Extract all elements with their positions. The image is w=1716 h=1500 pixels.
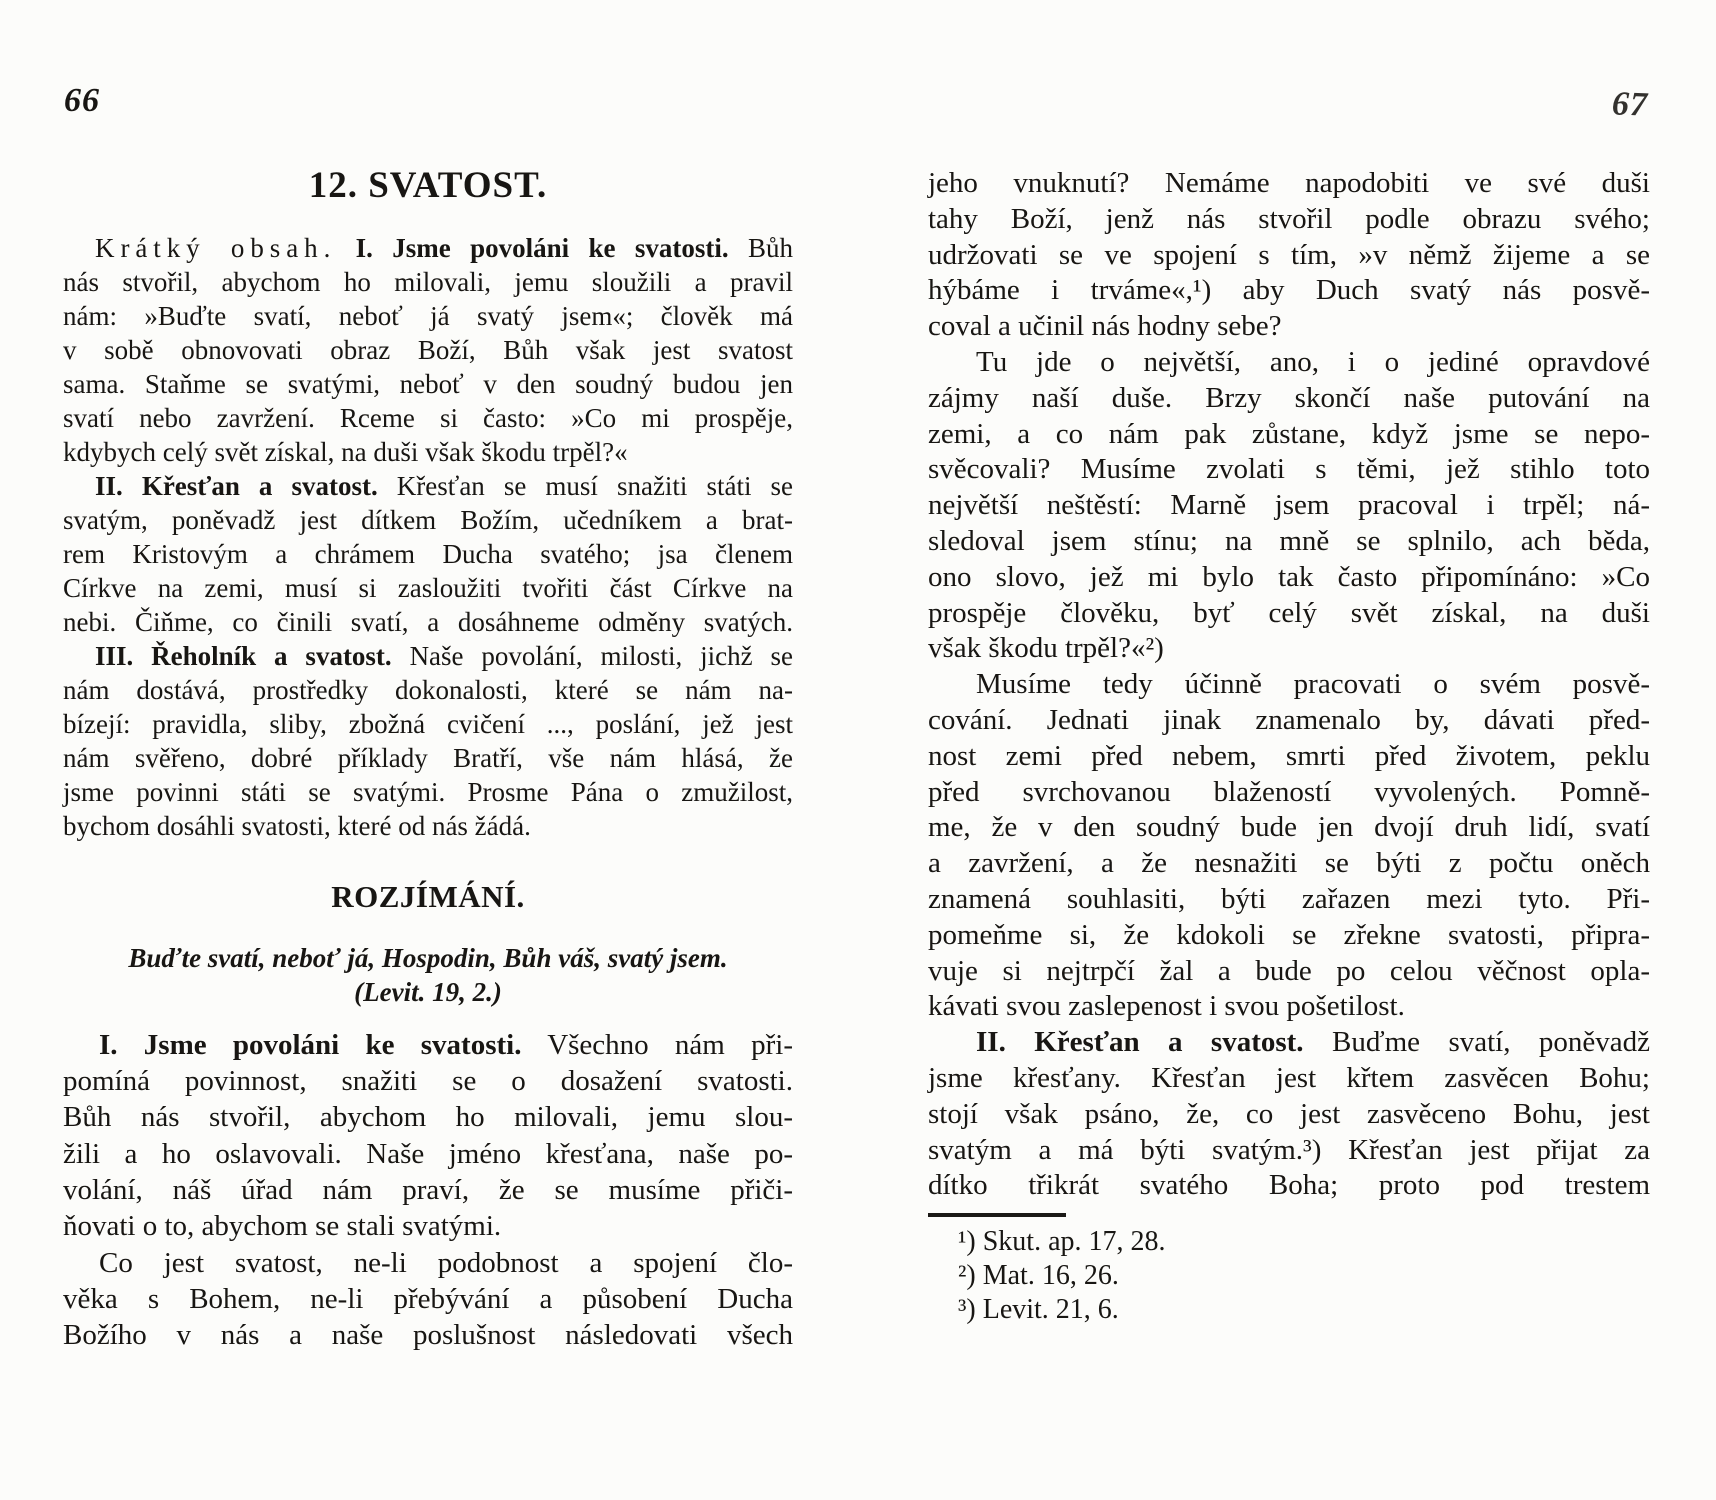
page-left: 12. SVATOST. Krátký obsah. I. Jsme povol…	[63, 80, 793, 1353]
text-line: rem Kristovým a chrámem Ducha svatého; j…	[63, 537, 793, 571]
text-line: stojí však psáno, že, co jest zasvěceno …	[928, 1097, 1650, 1133]
text-line: ňovati o to, abychom se stali svatými.	[63, 1208, 793, 1244]
text-line: největší neštěstí: Marně jsem pracoval i…	[928, 488, 1650, 524]
body-section: jeho vnuknutí? Nemáme napodobiti ve své …	[928, 166, 1650, 1204]
text-line: dítko třikrát svatého Boha; proto pod tr…	[928, 1168, 1650, 1204]
text-line: vuje si nejtrpčí žal a bude po celou věč…	[928, 954, 1650, 990]
summary-section: Krátký obsah. I. Jsme povoláni ke svatos…	[63, 231, 793, 843]
chapter-title: 12. SVATOST.	[63, 164, 793, 207]
summary-lead-bold: III. Řeholník a svatost.	[95, 641, 392, 671]
meditation-paragraph-2: Co jest svatost, ne-li podobnost a spoje…	[63, 1245, 793, 1354]
text-line: v sobě obnovovati obraz Boží, Bůh však j…	[63, 333, 793, 367]
text-line: kdybych celý svět získal, na duši však š…	[63, 435, 793, 469]
text-line: sledoval jsem stínu; na mně se splnilo, …	[928, 524, 1650, 560]
text-line: svěcovali? Musíme zvolati s těmi, jež st…	[928, 452, 1650, 488]
text-line: sama. Staňme se svatými, neboť v den sou…	[63, 367, 793, 401]
summary-lead-bold: I. Jsme povoláni ke svatosti.	[356, 233, 729, 263]
text-line: jsme křesťany. Křesťan jest křtem zasvěc…	[928, 1061, 1650, 1097]
text-fragment: Bůh	[748, 233, 793, 263]
text-line: znamená souhlasiti, býti zařazen mezi ty…	[928, 882, 1650, 918]
text-line: nás stvořil, abychom ho milovali, jemu s…	[63, 265, 793, 299]
meditation-section: I. Jsme povoláni ke svatosti. Všechno ná…	[63, 1027, 793, 1354]
text-fragment: Křesťan se musí snažiti státi se	[397, 471, 793, 501]
summary-label: Krátký obsah.	[95, 233, 336, 263]
footnotes-section: ¹) Skut. ap. 17, 28. ²) Mat. 16, 26. ³) …	[928, 1225, 1650, 1327]
text-line: cování. Jednati jinak znamenalo by, dáva…	[928, 703, 1650, 739]
text-line: coval a učinil nás hodny sebe?	[928, 309, 1650, 345]
text-line: Bůh nás stvořil, abychom ho milovali, je…	[63, 1099, 793, 1135]
text-line: svatým, poněvadž jest dítkem Božím, učed…	[63, 503, 793, 537]
text-line: nám dostává, prostředky dokonalosti, kte…	[63, 673, 793, 707]
text-line: však škodu trpěl?«²)	[928, 631, 1650, 667]
text-line: zájmy naší duše. Brzy skončí naše putová…	[928, 381, 1650, 417]
text-line: bízejí: pravidla, sliby, zbožná cvičení …	[63, 707, 793, 741]
footnote-item: ²) Mat. 16, 26.	[928, 1259, 1650, 1293]
epigraph-reference: (Levit. 19, 2.)	[63, 975, 793, 1009]
footnote-item: ³) Levit. 21, 6.	[928, 1293, 1650, 1327]
text-fragment: Buďme svatí, poněvadž	[1332, 1026, 1650, 1058]
text-line: Božího v nás a naše poslušnost následova…	[63, 1317, 793, 1353]
page-right: jeho vnuknutí? Nemáme napodobiti ve své …	[928, 80, 1650, 1327]
summary-paragraph-2: II. Křesťan a svatost. Křesťan se musí s…	[63, 469, 793, 639]
epigraph: Buďte svatí, neboť já, Hospodin, Bůh váš…	[63, 941, 793, 1009]
text-line: pomíná povinnost, snažiti se o dosažení …	[63, 1063, 793, 1099]
text-line: hýbáme i trváme«,¹) aby Duch svatý nás p…	[928, 273, 1650, 309]
meditation-paragraph-1: I. Jsme povoláni ke svatosti. Všechno ná…	[63, 1027, 793, 1245]
summary-lead-bold: II. Křesťan a svatost.	[95, 471, 378, 501]
text-line: II. Křesťan a svatost. Křesťan se musí s…	[63, 469, 793, 503]
footnote-item: ¹) Skut. ap. 17, 28.	[928, 1225, 1650, 1259]
text-line: svatí nebo zavržení. Rceme si často: »Co…	[63, 401, 793, 435]
text-line: me, že v den soudný bude jen dvojí druh …	[928, 810, 1650, 846]
text-line: pomeňme si, že kdokoli se zřekne svatost…	[928, 918, 1650, 954]
text-line: volání, náš úřad nám praví, že se musíme…	[63, 1172, 793, 1208]
text-line: ono slovo, jež mi bylo tak často připomí…	[928, 560, 1650, 596]
text-line: jsme povinni státi se svatými. Prosme Pá…	[63, 775, 793, 809]
footnote-divider	[928, 1213, 1066, 1217]
summary-paragraph-1: Krátký obsah. I. Jsme povoláni ke svatos…	[63, 231, 793, 469]
meditation-heading: ROZJÍMÁNÍ.	[63, 879, 793, 915]
summary-paragraph-3: III. Řeholník a svatost. Naše povolání, …	[63, 639, 793, 843]
text-line: před svrchovanou blažeností vyvolených. …	[928, 775, 1650, 811]
text-line: jeho vnuknutí? Nemáme napodobiti ve své …	[928, 166, 1650, 202]
text-line: Tu jde o největší, ano, i o jediné oprav…	[928, 345, 1650, 381]
text-line: II. Křesťan a svatost. Buďme svatí, poně…	[928, 1025, 1650, 1061]
text-line: Musíme tedy účinně pracovati o svém posv…	[928, 667, 1650, 703]
body-paragraph-4: II. Křesťan a svatost. Buďme svatí, poně…	[928, 1025, 1650, 1204]
epigraph-text: Buďte svatí, neboť já, Hospodin, Bůh váš…	[63, 941, 793, 975]
text-line: III. Řeholník a svatost. Naše povolání, …	[63, 639, 793, 673]
text-line: udržovati se ve spojení s tím, »v němž ž…	[928, 238, 1650, 274]
text-line: Co jest svatost, ne-li podobnost a spoje…	[63, 1245, 793, 1281]
body-paragraph-1: jeho vnuknutí? Nemáme napodobiti ve své …	[928, 166, 1650, 345]
body-lead-bold: II. Křesťan a svatost.	[976, 1026, 1304, 1058]
text-line: zemi, a co nám pak zůstane, když jsme se…	[928, 417, 1650, 453]
text-line: nám: »Buďte svatí, neboť já svatý jsem«;…	[63, 299, 793, 333]
text-line: Krátký obsah. I. Jsme povoláni ke svatos…	[63, 231, 793, 265]
text-line: kávati svou zaslepenost i svou pošetilos…	[928, 989, 1650, 1025]
text-fragment: Všechno nám při-	[547, 1029, 793, 1061]
text-line: prospěje člověku, byť celý svět získal, …	[928, 596, 1650, 632]
meditation-lead-bold: I. Jsme povoláni ke svatosti.	[99, 1029, 521, 1061]
text-line: nám svěřeno, dobré příklady Bratří, vše …	[63, 741, 793, 775]
text-line: nebi. Čiňme, co činili svatí, a dosáhnem…	[63, 605, 793, 639]
text-line: bychom dosáhli svatosti, které od nás žá…	[63, 809, 793, 843]
text-line: nost zemi před nebem, smrti před životem…	[928, 739, 1650, 775]
text-line: žili a ho oslavovali. Naše jméno křesťan…	[63, 1136, 793, 1172]
text-line: tahy Boží, jenž nás stvořil podle obrazu…	[928, 202, 1650, 238]
body-paragraph-2: Tu jde o největší, ano, i o jediné oprav…	[928, 345, 1650, 667]
text-fragment: Naše povolání, milosti, jichž se	[410, 641, 793, 671]
text-line: věka s Bohem, ne-li přebývání a působení…	[63, 1281, 793, 1317]
text-line: svatým a má býti svatým.³) Křesťan jest …	[928, 1133, 1650, 1169]
book-spread: 66 67 12. SVATOST. Krátký obsah. I. Jsme…	[0, 0, 1716, 1500]
text-line: a zavržení, a že nesnažiti se býti z poč…	[928, 846, 1650, 882]
body-paragraph-3: Musíme tedy účinně pracovati o svém posv…	[928, 667, 1650, 1025]
text-line: I. Jsme povoláni ke svatosti. Všechno ná…	[63, 1027, 793, 1063]
text-line: Církve na zemi, musí si zasloužiti tvoři…	[63, 571, 793, 605]
